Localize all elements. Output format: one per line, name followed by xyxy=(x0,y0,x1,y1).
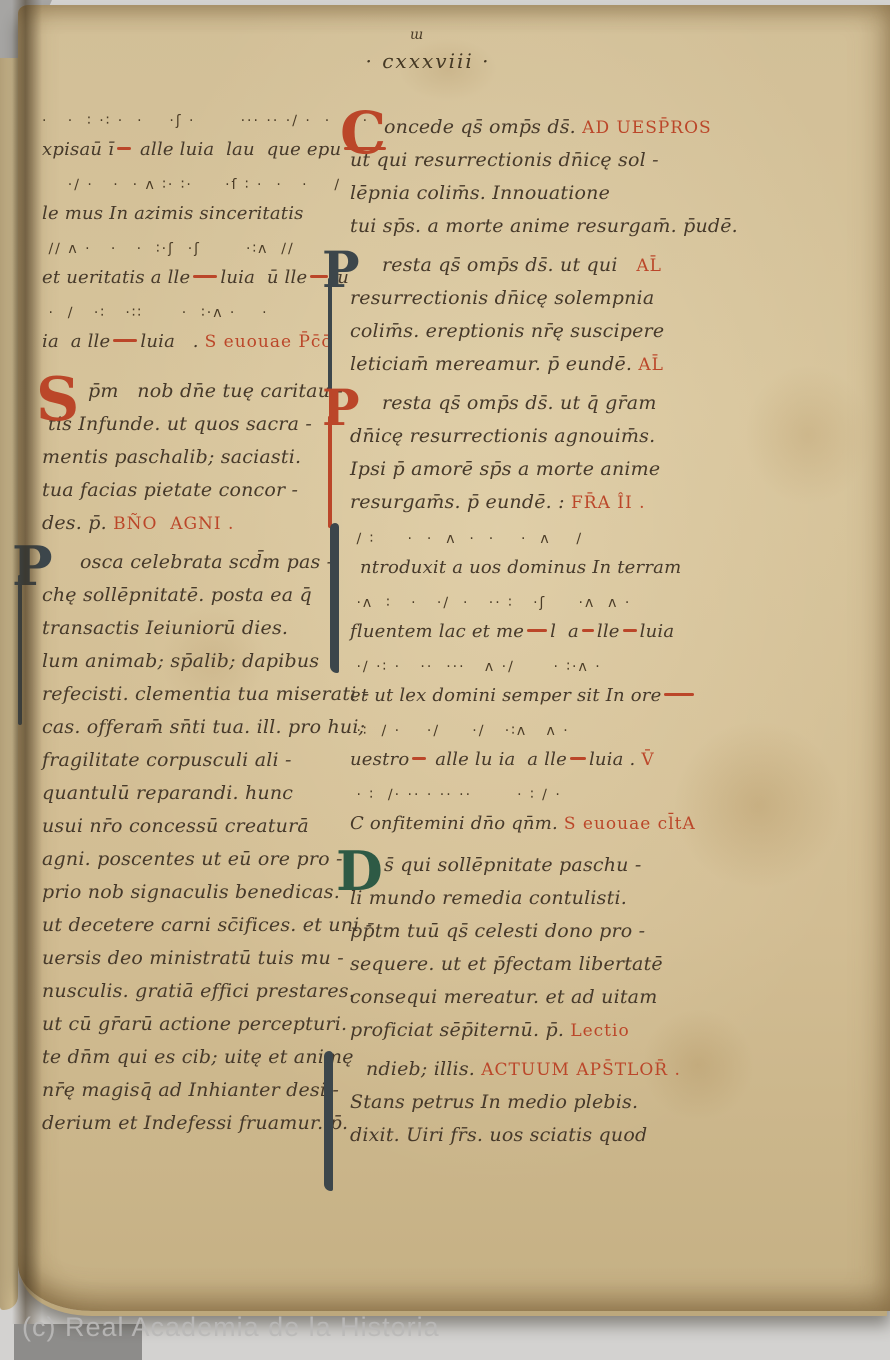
text-line: mentis paschalib; saciasti. xyxy=(42,441,348,474)
red-line-filler xyxy=(527,629,547,632)
text-line: resta qs̄ omp̄s ds̄. ut q̄ gr̄am xyxy=(350,387,706,420)
rubric-text: AD UESP̄ROS xyxy=(582,118,712,138)
text-line: li mundo remedia contulisti. xyxy=(350,882,706,915)
manuscript-page: ɯ · cxxxviii · · · ∶ ·∶ · · ·ʃ · ··· ·· … xyxy=(18,5,890,1311)
initial-letter-bar xyxy=(324,1051,333,1191)
text-segment: osca celebrata scd̄m pas - xyxy=(80,551,333,573)
prayer-block: Presta qs̄ omp̄s ds̄. ut qui AL̄resurrec… xyxy=(350,249,706,381)
text-line: proficiat sēp̄iternū. p̄. Lectio xyxy=(350,1014,706,1047)
text-segment: luia . xyxy=(589,749,641,770)
text-segment: ut cū gr̄arū actione percepturi. xyxy=(42,1013,347,1035)
text-segment: ntroduxit a uos dominus In terram xyxy=(360,557,681,578)
text-segment: et ueritatis a lle xyxy=(42,267,190,288)
text-line: oncede qs̄ omp̄s ds̄. AD UESP̄ROS xyxy=(350,111,706,144)
rubric-text: ACTUUM APS̄TLOR̄ . xyxy=(481,1060,681,1080)
text-line: quantulū reparandi. hunc xyxy=(42,777,348,810)
text-line: ut cū gr̄arū actione percepturi. xyxy=(42,1008,348,1041)
text-segment: fluentem lac et me xyxy=(350,621,524,642)
red-line-filler xyxy=(582,629,594,632)
prayer-block: Presta qs̄ omp̄s ds̄. ut q̄ gr̄amdn̄icę … xyxy=(350,387,706,519)
book-gutter-shadow xyxy=(12,0,42,1324)
text-segment: li mundo remedia contulisti. xyxy=(350,887,627,909)
text-line: tui sp̄s. a morte anime resurgam̄. p̄udē… xyxy=(350,210,706,243)
text-segment: ia a lle xyxy=(42,331,110,352)
red-line-filler xyxy=(113,339,137,342)
chant-neumes: · ∕ ·∶ ·∶∶ · ∶·ʌ · · xyxy=(42,301,348,327)
text-segment: des. p̄. xyxy=(42,512,113,534)
text-segment: consequi mereatur. et ad uitam xyxy=(350,986,657,1008)
chant-text-line: C onfitemini dn̄o qn̄m. S euouae cl̄tA xyxy=(350,809,706,843)
scan-background: ɯ · cxxxviii · · · ∶ ·∶ · · ·ʃ · ··· ·· … xyxy=(0,0,890,1360)
rubric-text: S euouae xyxy=(564,814,658,834)
chant-text-line: fluentem lac et mel alleluia xyxy=(350,617,706,651)
text-segment: tis Infunde. ut quos sacra - xyxy=(48,413,312,435)
chant-neumes: ·∕ · · · ʌ ∶· ∶· ·ſ ∶ · · · ∕ xyxy=(42,173,348,199)
text-line: derium et Indefessi fruamur. p̄. xyxy=(42,1107,348,1140)
text-segment: lum animab; sp̄alib; dapibus xyxy=(42,650,319,672)
text-segment: p̄m nob dn̄e tuę caritau - xyxy=(88,380,343,402)
text-line: p̄m nob dn̄e tuę caritau - xyxy=(42,375,348,408)
text-segment: mentis paschalib; saciasti. xyxy=(42,446,301,468)
text-segment: ut qui resurrectionis dn̄icę sol - xyxy=(350,149,659,171)
text-segment: ndieb; illis. xyxy=(366,1058,481,1080)
chant-neumes: · · ∶ ·∶ · · ·ʃ · ··· ·· ·∕ · · ∶ · xyxy=(42,109,348,135)
chant-line-pair: ·∕ · · · ʌ ∶· ∶· ·ſ ∶ · · · ∕le mus In a… xyxy=(42,173,348,233)
text-segment: oncede qs̄ omp̄s ds̄. xyxy=(384,116,582,138)
text-segment: nr̄ę magisq̄ ad Inhianter desi - xyxy=(42,1079,339,1101)
rubric-text: FR̄A ÎI . xyxy=(571,493,646,513)
text-segment: dn̄icę resurrectionis agnouim̄s. xyxy=(350,425,655,447)
chant-text-line: le mus In azimis sinceritatis xyxy=(42,199,348,233)
copyright-watermark: (c) Real Academia de la Historia xyxy=(22,1312,440,1343)
prayer-block: Posca celebrata scd̄m pas -chę sollēpnit… xyxy=(42,546,348,1140)
quire-mark: ɯ xyxy=(410,27,423,43)
text-segment: lle xyxy=(597,621,620,642)
initial-letter-glyph: C xyxy=(340,107,386,160)
chant-neumes: ∕∕ ʌ · · · ∶·ʃ ·ʃ ·∶ʌ ∕∕ xyxy=(42,237,348,263)
text-line: leticiam̄ mereamur. p̄ eundē. AL̄ xyxy=(350,348,706,381)
text-segment: le mus In azimis sinceritatis xyxy=(42,203,304,224)
text-line: resurgam̄s. p̄ eundē. : FR̄A ÎI . xyxy=(350,486,706,519)
text-line: cas. offeram̄ sn̄ti tua. ill. pro hui; xyxy=(42,711,348,744)
initial-letter xyxy=(324,1051,333,1191)
rubric-text: V̄ xyxy=(641,750,654,770)
text-segment: agni. poscentes ut eū ore pro - xyxy=(42,848,343,870)
chant-neumes: ∕ ∶ · · ʌ · · · ʌ ∕ xyxy=(350,527,706,553)
text-line: dn̄icę resurrectionis agnouim̄s. xyxy=(350,420,706,453)
text-segment: tua facias pietate concor - xyxy=(42,479,298,501)
chant-neumes: ·ʌ ∶ · ·∕ · ·· ∶ ·ʃ ·ʌ ʌ · xyxy=(350,591,706,617)
parchment-stain xyxy=(718,335,890,535)
chant-line-pair: ∕ ∶ · · ʌ · · · ʌ ∕ntroduxit a uos domin… xyxy=(350,527,706,587)
text-segment: C onfitemini dn̄o qn̄m. xyxy=(350,813,564,834)
folio-number: · cxxxviii · xyxy=(328,49,528,73)
red-line-filler xyxy=(570,757,586,760)
text-segment: tui sp̄s. a morte anime resurgam̄. p̄udē… xyxy=(350,215,738,237)
chant-text-line: et ut lex domini semper sit In ore xyxy=(350,681,706,715)
text-line: uersis deo ministratū tuis mu - xyxy=(42,942,348,975)
text-segment: luia xyxy=(640,621,675,642)
text-line: ndieb; illis. ACTUUM APS̄TLOR̄ . xyxy=(350,1053,706,1086)
text-segment: transactis Ieiuniorū dies. xyxy=(42,617,288,639)
initial-letter-stem xyxy=(328,416,332,528)
right-text-column: Concede qs̄ omp̄s ds̄. AD UESP̄ROSut qui… xyxy=(350,111,706,1152)
text-line: des. p̄. BÑO AGNI . xyxy=(42,507,348,540)
text-line: ut decetere carni sc̄ifices. et uni - xyxy=(42,909,348,942)
text-segment: dixit. Uiri fr̄s. uos sciatis quod xyxy=(350,1124,647,1146)
red-line-filler xyxy=(664,693,694,696)
chant-line-pair: ·ʌ ∶ · ·∕ · ·· ∶ ·ʃ ·ʌ ʌ ·fluentem lac e… xyxy=(350,591,706,651)
text-line: refecisti. clementia tua miserati - xyxy=(42,678,348,711)
left-text-column: · · ∶ ·∶ · · ·ʃ · ··· ·· ·∕ · · ∶ ·xpisa… xyxy=(42,109,348,1140)
chant-block: · · ∶ ·∶ · · ·ʃ · ··· ·· ·∕ · · ∶ ·xpisa… xyxy=(42,109,348,361)
prayer-block: Sp̄m nob dn̄e tuę caritau -tis Infunde. … xyxy=(42,375,348,540)
rubric-text: S xyxy=(205,332,218,352)
chant-line-pair: · · ∶ ·∶ · · ·ʃ · ··· ·· ·∕ · · ∶ ·xpisa… xyxy=(42,109,348,169)
text-segment: luia ū lle xyxy=(220,267,307,288)
chant-neumes: ·∕ ·∶ · ·· ··· ʌ ·∕ · ∶·ʌ · xyxy=(350,655,706,681)
text-segment: cas. offeram̄ sn̄ti tua. ill. pro hui; xyxy=(42,716,365,738)
text-segment: lēpnia colim̄s. Innouatione xyxy=(350,182,610,204)
text-segment: resta qs̄ omp̄s ds̄. ut qui xyxy=(382,254,636,276)
text-segment: te dn̄m qui es cib; uitę et animę xyxy=(42,1046,354,1068)
text-line: Stans petrus In medio plebis. xyxy=(350,1086,706,1119)
text-segment: l a xyxy=(550,621,579,642)
text-line: pp̄tm tuū qs̄ celesti dono pro - xyxy=(350,915,706,948)
initial-letter: D xyxy=(336,847,383,897)
text-segment: chę sollēpnitatē. posta ea q̄ xyxy=(42,584,312,606)
text-segment: alle luia lau que epu xyxy=(134,139,341,160)
chant-line-pair: ·∕ ·∶ · ·· ··· ʌ ·∕ · ∶·ʌ ·et ut lex dom… xyxy=(350,655,706,715)
text-line: usui nr̄o concessū creaturā xyxy=(42,810,348,843)
initial-letter-glyph: S xyxy=(36,373,79,428)
text-segment: alle lu ia a lle xyxy=(429,749,567,770)
text-line: transactis Ieiuniorū dies. xyxy=(42,612,348,645)
text-segment: refecisti. clementia tua miserati - xyxy=(42,683,369,705)
prayer-block: Concede qs̄ omp̄s ds̄. AD UESP̄ROSut qui… xyxy=(350,111,706,243)
text-segment: colim̄s. ereptionis nr̄ę suscipere xyxy=(350,320,664,342)
text-line: fragilitate corpusculi ali - xyxy=(42,744,348,777)
initial-letter: P xyxy=(322,385,360,431)
chant-text-line: ntroduxit a uos dominus In terram xyxy=(350,553,706,587)
prayer-block: Ds̄ qui sollēpnitate paschu -li mundo re… xyxy=(350,849,706,1047)
text-line: lēpnia colim̄s. Innouatione xyxy=(350,177,706,210)
text-segment: Stans petrus In medio plebis. xyxy=(350,1091,638,1113)
text-segment: derium et Indefessi fruamur. p̄. xyxy=(42,1112,348,1134)
text-segment: luia . xyxy=(140,331,204,352)
text-segment: et ut lex domini semper sit In ore xyxy=(350,685,661,706)
initial-letter-glyph: D xyxy=(336,847,383,897)
prayer-block: ndieb; illis. ACTUUM APS̄TLOR̄ .Stans pe… xyxy=(350,1053,706,1152)
text-segment: prio nob signaculis benedicas. xyxy=(42,881,340,903)
rubric-text: AL̄ xyxy=(638,355,664,375)
text-line: consequi mereatur. et ad uitam xyxy=(350,981,706,1014)
text-line: dixit. Uiri fr̄s. uos sciatis quod xyxy=(350,1119,706,1152)
initial-letter: C xyxy=(340,107,386,160)
chant-block: ∕ ∶ · · ʌ · · · ʌ ∕ntroduxit a uos domin… xyxy=(350,527,706,843)
chant-text-line: uestro alle lu ia a lleluia . V̄ xyxy=(350,745,706,779)
text-segment: fragilitate corpusculi ali - xyxy=(42,749,292,771)
chant-neumes: ·∶ ∕ · ·∕ ·∕ ·∶ʌ ʌ · xyxy=(350,719,706,745)
text-segment: leticiam̄ mereamur. p̄ eundē. xyxy=(350,353,638,375)
text-line: Ipsi p̄ amorē sp̄s a morte anime xyxy=(350,453,706,486)
text-line: tua facias pietate concor - xyxy=(42,474,348,507)
text-line: osca celebrata scd̄m pas - xyxy=(42,546,348,579)
text-line: agni. poscentes ut eū ore pro - xyxy=(42,843,348,876)
text-line: tis Infunde. ut quos sacra - xyxy=(42,408,348,441)
rubric-text: euouae xyxy=(217,332,298,352)
initial-letter-bar xyxy=(330,523,339,673)
initial-letter-stem xyxy=(328,278,332,390)
text-segment: ut decetere carni sc̄ifices. et uni - xyxy=(42,914,372,936)
rubric-text: AL̄ xyxy=(636,256,662,276)
chant-line-pair: · ∕ ·∶ ·∶∶ · ∶·ʌ · ·ia a lleluia . S euo… xyxy=(42,301,348,361)
text-segment: resurrectionis dn̄icę solempnia xyxy=(350,287,654,309)
text-line: te dn̄m qui es cib; uitę et animę xyxy=(42,1041,348,1074)
rubric-text: BÑO AGNI . xyxy=(113,514,234,534)
chant-line-pair: ·∶ ∕ · ·∕ ·∕ ·∶ʌ ʌ ·uestro alle lu ia a … xyxy=(350,719,706,779)
text-line: prio nob signaculis benedicas. xyxy=(42,876,348,909)
text-line: resurrectionis dn̄icę solempnia xyxy=(350,282,706,315)
chant-text-line: xpisaū ī alle luia lau que epu xyxy=(42,135,348,169)
red-line-filler xyxy=(193,275,217,278)
red-line-filler xyxy=(412,757,426,760)
text-segment: sequere. ut et p̄fectam libertatē xyxy=(350,953,663,975)
text-segment: Ipsi p̄ amorē sp̄s a morte anime xyxy=(350,458,660,480)
text-line: ut qui resurrectionis dn̄icę sol - xyxy=(350,144,706,177)
text-line: s̄ qui sollēpnitate paschu - xyxy=(350,849,706,882)
initial-letter: S xyxy=(36,373,79,428)
text-segment: resta qs̄ omp̄s ds̄. ut q̄ gr̄am xyxy=(382,392,657,414)
rubric-text: cl̄tA xyxy=(658,814,696,834)
text-segment: uestro xyxy=(350,749,409,770)
text-line: chę sollēpnitatē. posta ea q̄ xyxy=(42,579,348,612)
text-line: sequere. ut et p̄fectam libertatē xyxy=(350,948,706,981)
text-line: colim̄s. ereptionis nr̄ę suscipere xyxy=(350,315,706,348)
text-segment: resurgam̄s. p̄ eundē. : xyxy=(350,491,571,513)
text-line: lum animab; sp̄alib; dapibus xyxy=(42,645,348,678)
red-line-filler xyxy=(117,147,131,150)
chant-line-pair: · ∶ ∕· ·· · ·· ·· · ∶ ∕ ·C onfitemini dn… xyxy=(350,783,706,843)
text-segment: pp̄tm tuū qs̄ celesti dono pro - xyxy=(350,920,645,942)
rubric-text: Lectio xyxy=(570,1021,629,1041)
text-segment: uersis deo ministratū tuis mu - xyxy=(42,947,344,969)
text-segment: usui nr̄o concessū creaturā xyxy=(42,815,309,837)
initial-letter: P xyxy=(322,247,360,293)
red-line-filler xyxy=(623,629,637,632)
text-segment: s̄ qui sollēpnitate paschu - xyxy=(384,854,641,876)
text-line: resta qs̄ omp̄s ds̄. ut qui AL̄ xyxy=(350,249,706,282)
chant-neumes: · ∶ ∕· ·· · ·· ·· · ∶ ∕ · xyxy=(350,783,706,809)
text-segment: quantulū reparandi. hunc xyxy=(42,782,293,804)
text-segment: nusculis. gratiā effici prestares. xyxy=(42,980,355,1002)
initial-letter xyxy=(330,523,339,673)
chant-text-line: ia a lleluia . S euouae P̄c̄ō xyxy=(42,327,348,361)
chant-line-pair: ∕∕ ʌ · · · ∶·ʃ ·ʃ ·∶ʌ ∕∕et ueritatis a l… xyxy=(42,237,348,297)
text-segment: proficiat sēp̄iternū. p̄. xyxy=(350,1019,570,1041)
text-segment: xpisaū ī xyxy=(42,139,114,160)
text-line: nusculis. gratiā effici prestares. xyxy=(42,975,348,1008)
chant-text-line: et ueritatis a lleluia ū llelu xyxy=(42,263,348,297)
text-line: nr̄ę magisq̄ ad Inhianter desi - xyxy=(42,1074,348,1107)
